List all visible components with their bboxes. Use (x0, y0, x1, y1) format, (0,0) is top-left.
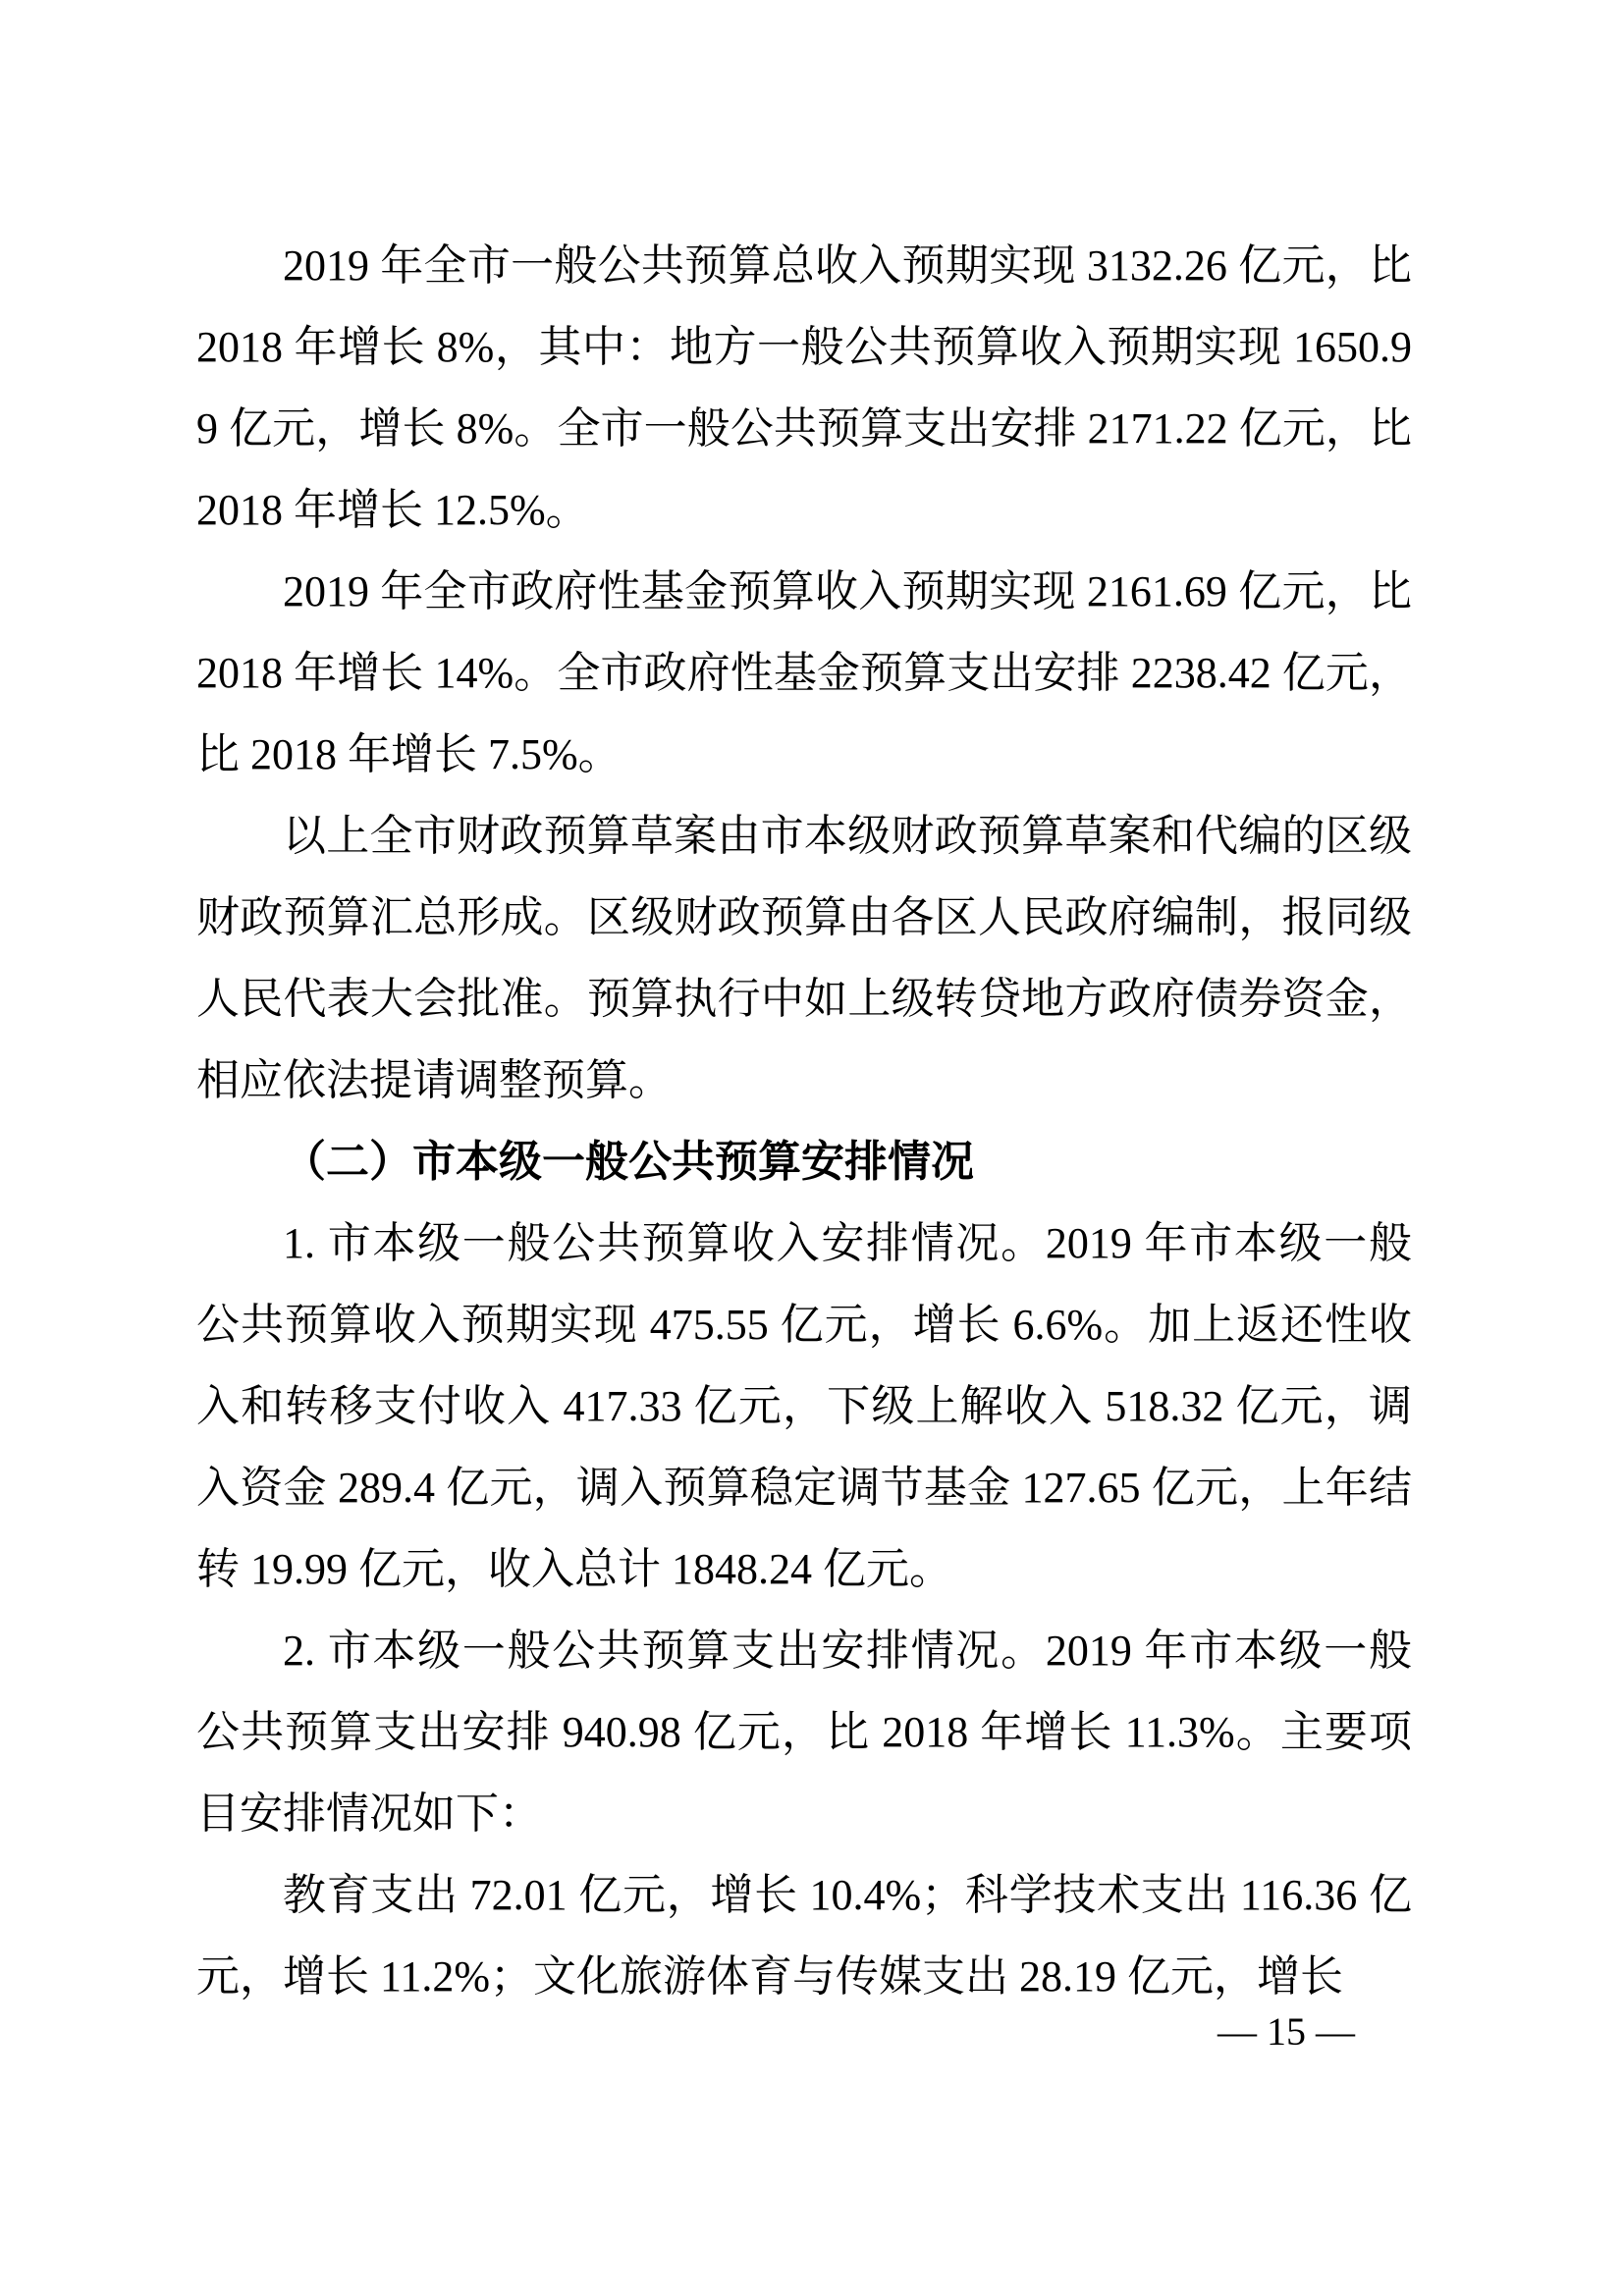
document-page: 2019 年全市一般公共预算总收入预期实现 3132.26 亿元，比 2018 … (0, 0, 1623, 2296)
paragraph-total-budget-revenue: 2019 年全市一般公共预算总收入预期实现 3132.26 亿元，比 2018 … (196, 225, 1412, 551)
page-number: — 15 — (1139, 2008, 1434, 2056)
paragraph-expenditure-items: 教育支出 72.01 亿元，增长 10.4%；科学技术支出 116.36 亿元，… (196, 1854, 1412, 2017)
paragraph-municipal-expenditure-arrangement: 2. 市本级一般公共预算支出安排情况。2019 年市本级一般公共预算支出安排 9… (196, 1610, 1412, 1854)
paragraph-draft-budget-compilation: 以上全市财政预算草案由市本级财政预算草案和代编的区级财政预算汇总形成。区级财政预… (196, 795, 1412, 1121)
paragraph-government-fund-budget: 2019 年全市政府性基金预算收入预期实现 2161.69 亿元，比 2018 … (196, 551, 1412, 795)
document-body: 2019 年全市一般公共预算总收入预期实现 3132.26 亿元，比 2018 … (196, 225, 1412, 2017)
section-heading: （二）市本级一般公共预算安排情况 (196, 1121, 1412, 1202)
paragraph-municipal-revenue-arrangement: 1. 市本级一般公共预算收入安排情况。2019 年市本级一般公共预算收入预期实现… (196, 1202, 1412, 1610)
